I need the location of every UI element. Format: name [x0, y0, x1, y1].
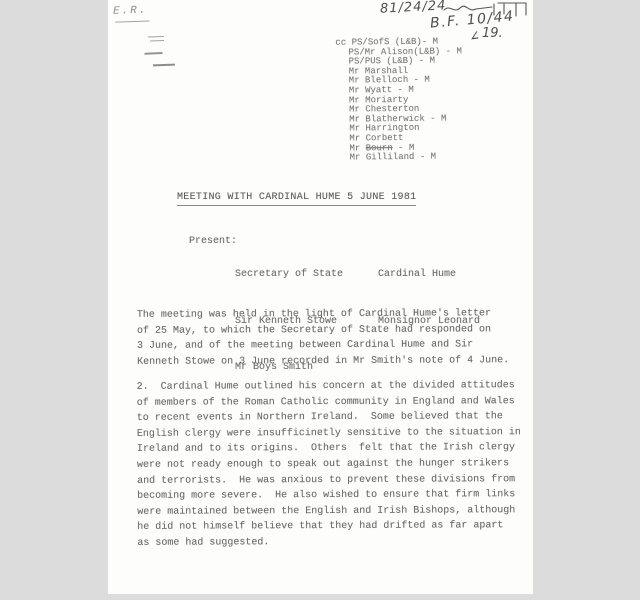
document-line: of members of the Roman Catholic communi…	[137, 394, 523, 411]
page-number-bracket: ∠	[469, 27, 480, 47]
document-line: 3 June, and of the meeting between Cardi…	[137, 337, 523, 354]
handwritten-page-number: 19.	[482, 26, 503, 41]
stamp-text: E.R.	[113, 2, 213, 17]
document-line: Ireland and to its origins. Others felt …	[137, 441, 523, 458]
document-line: were not ready enough to speak out again…	[137, 456, 523, 473]
document-line: Kenneth Stowe on 3 June recorded in Mr S…	[137, 353, 523, 370]
attendee: Cardinal Hume	[378, 267, 480, 283]
document-line: becoming more severe. He also wished to …	[137, 487, 523, 504]
document-line: to recent events in Northern Ireland. So…	[137, 409, 523, 426]
opening-paragraph: The meeting was held in the light of Car…	[137, 306, 523, 370]
present-label: Present:	[189, 236, 237, 247]
stamp-mark	[150, 40, 164, 41]
scanned-document-screenshot: { "colors":{ "background":"#dcdcdc", "pa…	[0, 0, 640, 600]
document-line: The meeting was held in the light of Car…	[137, 306, 523, 323]
cc-distribution-list: cc PS/SofS (L&B)- M PS/Mr Alison(L&B) - …	[335, 37, 463, 163]
stamp-mark	[115, 21, 149, 23]
document-line: English clergy were insufficinetly sensi…	[137, 425, 523, 442]
document-page: E.R. 81/24/24 B.F. 10/44 ∠ 19. cc PS/Sof…	[108, 0, 533, 594]
paragraph-2: 2. Cardinal Hume outlined his concern at…	[137, 378, 524, 551]
document-line: of 25 May, to which the Secretary of Sta…	[137, 322, 523, 339]
stamp-mark	[148, 36, 164, 38]
cc-list-item: Mr Gilliland - M	[337, 152, 464, 163]
document-line: he did not himself believe that they had…	[137, 519, 523, 536]
document-line: 2. Cardinal Hume outlined his concern at…	[137, 378, 523, 395]
cc-prefix: cc	[335, 37, 351, 47]
stamp-mark	[153, 64, 175, 67]
document-title: MEETING WITH CARDINAL HUME 5 JUNE 1981	[177, 192, 416, 206]
document-line: as some had suggested.	[137, 534, 523, 551]
document-line: were maintained between the English and …	[137, 503, 523, 520]
faded-royal-stamp: E.R.	[113, 2, 215, 75]
attendee: Secretary of State	[235, 267, 343, 283]
document-line: and terrorists. He was anxious to preven…	[137, 472, 523, 489]
stamp-mark	[144, 52, 162, 55]
